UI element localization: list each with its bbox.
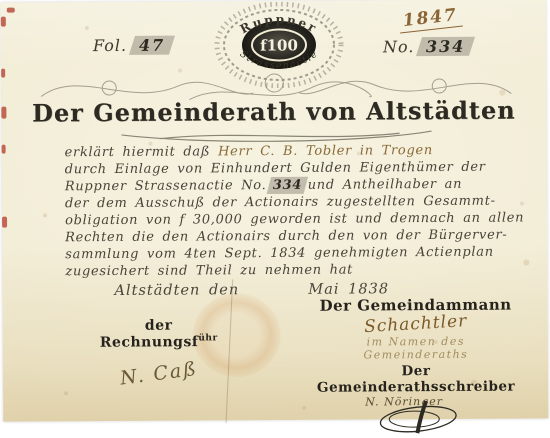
note-im-namen: im Namen des Gemeinderaths: [313, 335, 519, 362]
shareholder-name: Herr C. B. Tobler in Trogen: [218, 143, 433, 159]
edge-mark: [2, 217, 7, 228]
folio-number: 47: [139, 36, 165, 55]
edge-mark: [2, 145, 6, 154]
signature-flourish: [368, 399, 468, 425]
role-gemeinderathsschreiber: Der Gemeinderathsschreiber: [313, 363, 519, 396]
edge-mark: [7, 8, 15, 13]
role-rechnungsfuehrer: der Rechnungsführ: [89, 317, 229, 351]
certificate-paper: Fol.47 1847 No.334 f100 Ruppner: [1, 0, 549, 422]
left-signature-block: der Rechnungsführ N. Caß: [89, 317, 229, 385]
document-title: Der Gemeinderath von Altstädten: [1, 95, 546, 127]
body-line-8: zugesichert sind Theil zu nehmen hat: [65, 260, 524, 280]
role-rechnungsfuehrer-sup: ühr: [198, 333, 217, 343]
signature-cass: N. Caß: [88, 354, 230, 394]
foxing-spots: [1, 3, 3, 5]
body-line-7: sammlung vom 4ten Sept. 1834 genehmigten…: [65, 243, 524, 263]
share-clause-cont: und Antheilhaber an: [308, 177, 463, 193]
share-number-box: 334: [266, 177, 308, 194]
folio-field: Fol.47: [93, 36, 172, 55]
dateline-place: Altstädten den: [114, 282, 239, 299]
role-rechnungsfuehrer-main: der Rechnungsf: [100, 318, 199, 351]
medallion-denomination: f100: [260, 36, 298, 54]
edge-mark: [1, 17, 6, 27]
certificate-number-field: No.334: [383, 37, 473, 57]
secretary-signature: N. Nöringer: [313, 395, 519, 425]
edge-mark: [1, 69, 5, 78]
year-value: 1847: [398, 5, 463, 34]
folio-label: Fol.: [93, 36, 127, 55]
number-label: No.: [383, 37, 415, 56]
number-value: 334: [426, 37, 466, 56]
share-number: 334: [272, 177, 301, 194]
right-signature-block: Der Gemeindammann Schachtler im Namen de…: [313, 296, 520, 425]
body-text: erklärt hiermit daß Herr C. B. Tobler in…: [65, 141, 525, 280]
folio-number-box: 47: [129, 36, 175, 55]
handwritten-year: 1847: [399, 8, 462, 30]
number-box: 334: [416, 37, 475, 56]
share-series-label: Ruppner Strassenactie No.: [65, 178, 267, 194]
dateline-date: Mai 1838: [308, 281, 389, 297]
printed-clause: erklärt hiermit daß: [65, 144, 211, 160]
